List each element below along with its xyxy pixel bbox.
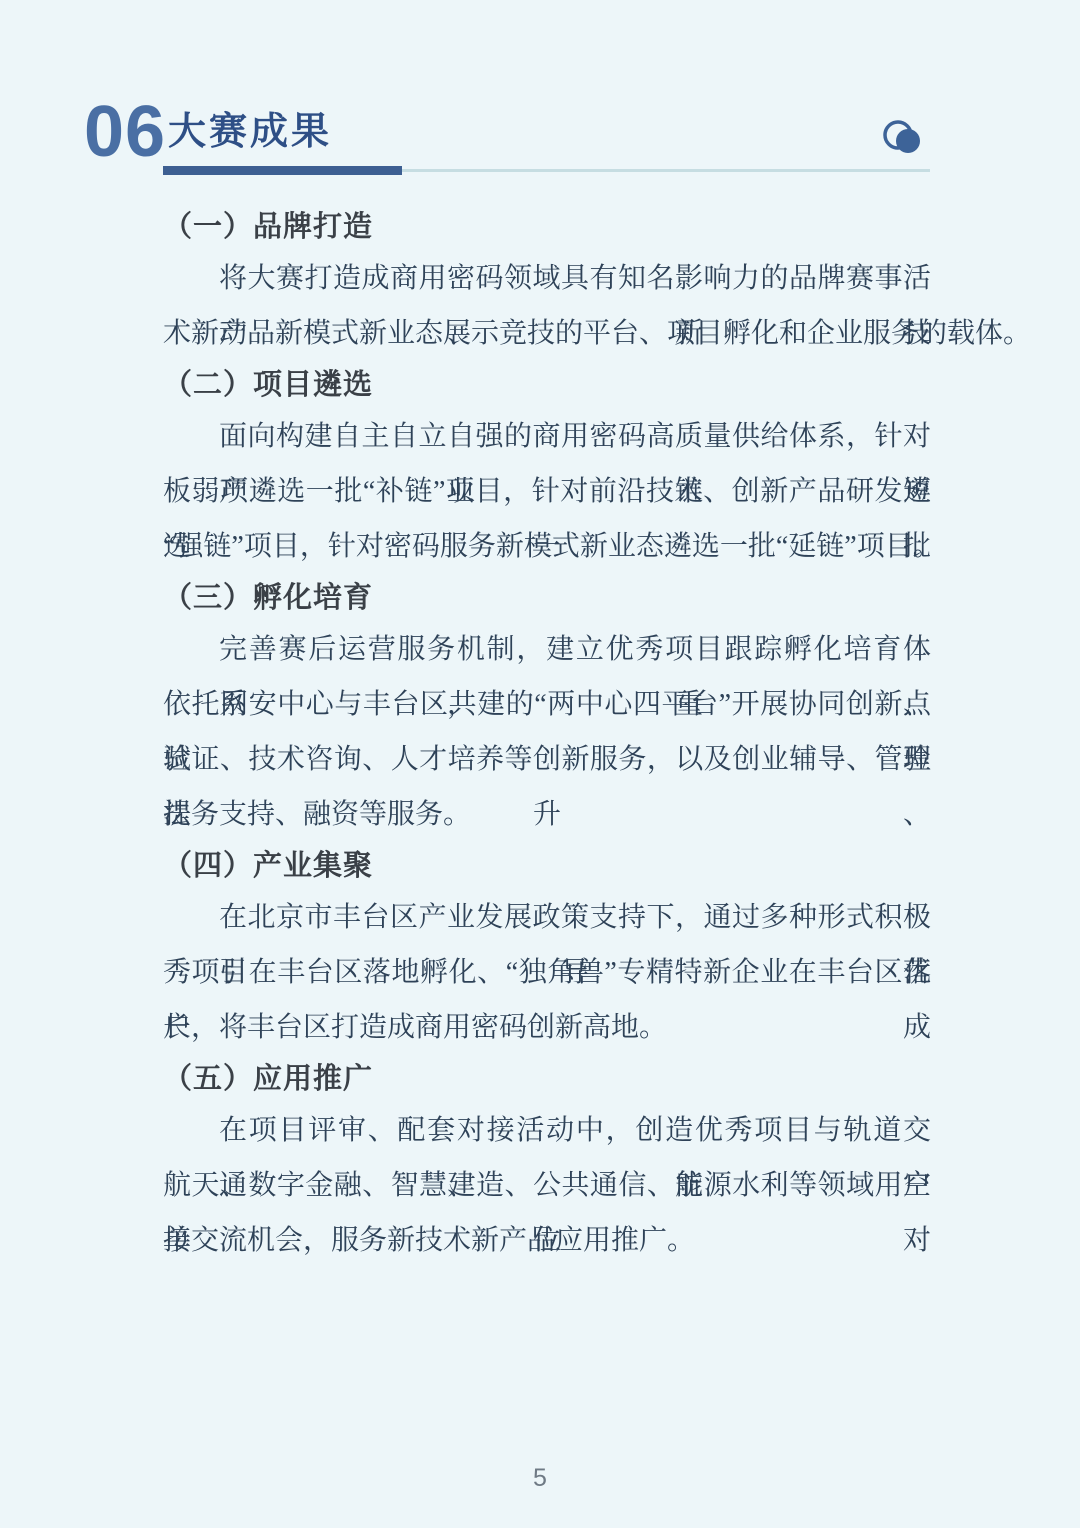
section-heading: （二）项目遴选	[163, 361, 931, 409]
header-accent-bar	[163, 166, 402, 175]
section-number: 06	[84, 96, 166, 168]
paragraph-line: 术新产品新模式新业态展示竞技的平台、项目孵化和企业服务的载体。	[163, 306, 931, 361]
section-heading: （五）应用推广	[163, 1055, 931, 1103]
paragraph-line: 在北京市丰台区产业发展政策支持下，通过多种形式积极引导优	[163, 890, 931, 945]
page-title: 大赛成果	[168, 112, 332, 154]
header-rule-line	[402, 169, 930, 172]
paragraph-line: 将大赛打造成商用密码领域具有知名影响力的品牌赛事活动、新技	[163, 251, 931, 306]
paragraph-line: 依托网安中心与丰台区共建的“两中心四平台”开展协同创新、试验	[163, 677, 931, 732]
paragraph-line: 航天、数字金融、智慧建造、公共通信、能源水利等领域用户单位对	[163, 1158, 931, 1213]
section-heading: （一）品牌打造	[163, 203, 931, 251]
paragraph-line: 验证、技术咨询、人才培养等创新服务，以及创业辅导、管理提升、	[163, 732, 931, 787]
paragraph-line: 秀项目在丰台区落地孵化、“独角兽”专精特新企业在丰台区落户成	[163, 945, 931, 1000]
section-heading: （三）孵化培育	[163, 574, 931, 622]
paragraph-line: 完善赛后运营服务机制，建立优秀项目跟踪孵化培育体系，重点	[163, 622, 931, 677]
page-footer-number: 5	[0, 1464, 1080, 1493]
overlapping-circles-icon	[882, 118, 924, 165]
paragraph-line: 面向构建自主自立自强的商用密码高质量供给体系，针对产业链短	[163, 409, 931, 464]
document-page: 06 大赛成果 （一）品牌打造 将大赛打造成商用密码领域具有知名影响力的品牌赛事…	[0, 0, 1080, 1528]
section-heading: （四）产业集聚	[163, 842, 931, 890]
paragraph-line: 板弱项遴选一批“补链”项目，针对前沿技术、创新产品研发遴选一批	[163, 464, 931, 519]
paragraph-line: 在项目评审、配套对接活动中，创造优秀项目与轨道交通、航空	[163, 1103, 931, 1158]
document-body: （一）品牌打造 将大赛打造成商用密码领域具有知名影响力的品牌赛事活动、新技 术新…	[163, 203, 931, 1268]
paragraph-line: “强链”项目，针对密码服务新模式新业态遴选一批“延链”项目。	[163, 519, 931, 574]
